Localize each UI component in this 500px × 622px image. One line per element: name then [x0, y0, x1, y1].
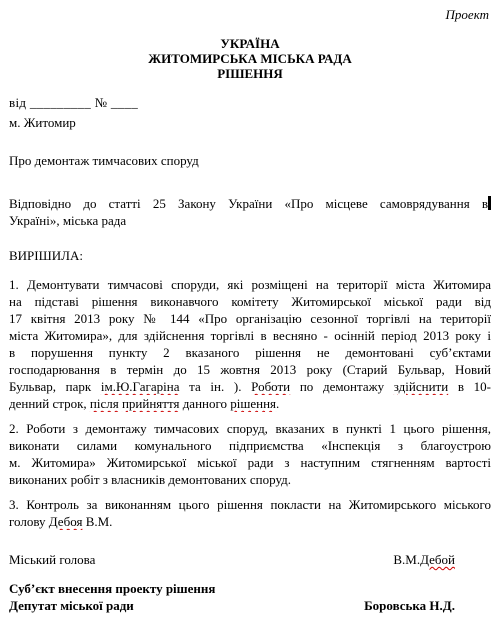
misspelled-word: здійснити — [394, 379, 448, 394]
subject-line: Про демонтаж тимчасових споруд — [9, 152, 491, 169]
text-line: міста Житомира», для здійснення торгівлі… — [9, 327, 491, 344]
text-line: 1. Демонтувати тимчасові споруди, які ро… — [9, 276, 491, 293]
text-line: в порушення пункту 2 вказаного рішення н… — [9, 344, 491, 361]
intro-paragraph: Відповідно до статті 25 Закону України «… — [9, 195, 491, 229]
resolved-heading: ВИРІШИЛА: — [9, 247, 491, 264]
paragraph-3: 3. Контроль за виконанням цього рішення … — [9, 496, 491, 530]
deputy-name: Боровська Н.Д. — [364, 597, 455, 614]
text-line: Україні», міська рада — [9, 212, 491, 229]
mayor-title: Міський голова — [9, 551, 95, 568]
text-line: Бульвар, парк ім.Ю.Гагаріна та ін. ). Ро… — [9, 378, 491, 395]
misspelled-word: прийняття — [122, 396, 179, 411]
text-cursor — [488, 196, 491, 210]
misspelled-word: рішення — [230, 396, 276, 411]
text-line: Відповідно до статті 25 Закону України «… — [9, 195, 491, 212]
misspelled-word: Роботи — [251, 379, 290, 394]
text-line: голову Дебоя В.М. — [9, 513, 491, 530]
submission-heading: Суб’єкт внесення проекту рішення — [9, 580, 491, 597]
submission-block: Суб’єкт внесення проекту рішення Депутат… — [9, 580, 491, 614]
misspelled-word: після — [90, 396, 119, 411]
header-council: ЖИТОМИРСЬКА МІСЬКА РАДА — [9, 51, 491, 66]
text-line: 3. Контроль за виконанням цього рішення … — [9, 496, 491, 513]
document-page[interactable]: Проект УКРАЇНА ЖИТОМИРСЬКА МІСЬКА РАДА Р… — [0, 0, 500, 622]
city-line: м. Житомир — [9, 114, 491, 131]
deputy-signature-row: Депутат міської ради Боровська Н.Д. — [9, 597, 491, 614]
text-line: 2. Роботи з демонтажу тимчасових споруд,… — [9, 420, 491, 437]
misspelled-word: ім.Ю.Гагаріна — [101, 379, 180, 394]
draft-label: Проект — [9, 6, 491, 23]
mayor-name: В.М.Дебой — [393, 551, 455, 568]
header-country: УКРАЇНА — [9, 36, 491, 51]
date-number-line: від _________ № ____ — [9, 94, 491, 111]
misspelled-word: Дебой — [420, 552, 455, 567]
text-line: виконати силами комунального підприємств… — [9, 437, 491, 454]
text-line: виконаних робіт з власників демонтованих… — [9, 471, 491, 488]
text-line: денний строк, після прийняття данного рі… — [9, 395, 491, 412]
deputy-title: Депутат міської ради — [9, 597, 134, 614]
text-line: господарювання в термін до 15 жовтня 201… — [9, 361, 491, 378]
header-decision: РІШЕННЯ — [9, 66, 491, 81]
text-line: м. Житомира» Житомирської міської ради з… — [9, 454, 491, 471]
paragraph-1: 1. Демонтувати тимчасові споруди, які ро… — [9, 276, 491, 412]
misspelled-word: Дебоя — [49, 514, 83, 529]
paragraph-2: 2. Роботи з демонтажу тимчасових споруд,… — [9, 420, 491, 488]
document-header: УКРАЇНА ЖИТОМИРСЬКА МІСЬКА РАДА РІШЕННЯ — [9, 36, 491, 81]
text-line: на підставі рішення виконавчого комітету… — [9, 293, 491, 310]
text-line: 17 квітня 2013 року № 144 «Про організац… — [9, 310, 491, 327]
mayor-signature-row: Міський голова В.М.Дебой — [9, 551, 491, 568]
